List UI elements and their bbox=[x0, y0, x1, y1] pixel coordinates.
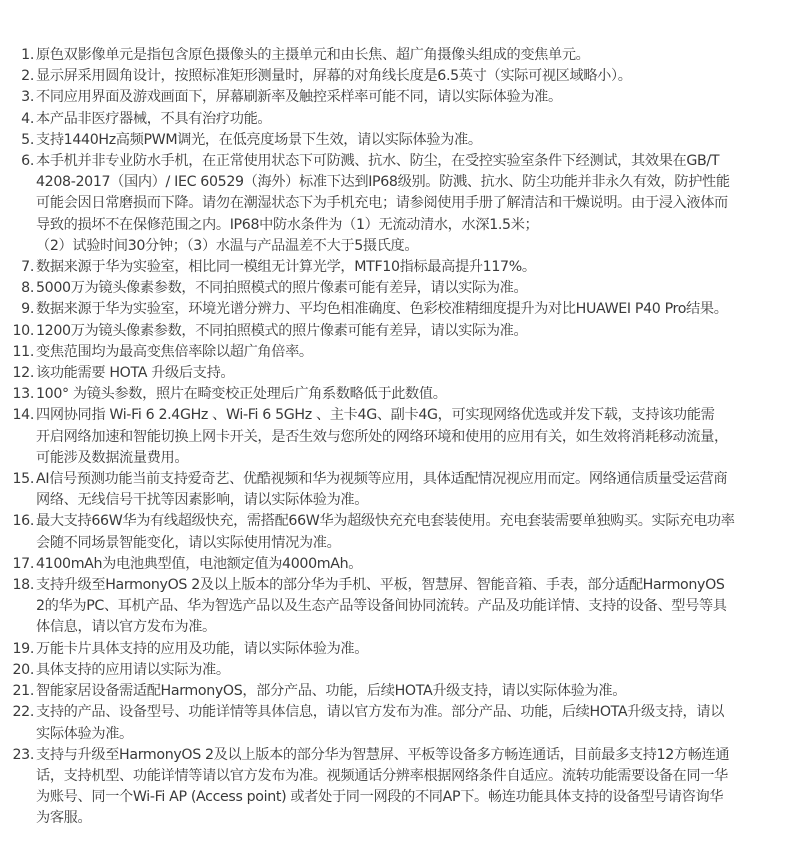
footnote-number: 8. bbox=[0, 278, 34, 299]
footnote-number: 22. bbox=[0, 702, 34, 723]
footnote-number: 21. bbox=[0, 681, 34, 702]
footnote-text-line: 四网协同指 Wi-Fi 6 2.4GHz 、Wi-Fi 6 5GHz 、主卡4G… bbox=[36, 405, 780, 426]
footnote-text-line: 可能会因日常磨损而下降。请勿在潮湿状态下为手机充电；请参阅使用手册了解清洁和干燥… bbox=[36, 193, 780, 214]
footnote-item: 23.支持与升级至HarmonyOS 2及以上版本的部分华为智慧屏、平板等设备多… bbox=[0, 745, 790, 830]
footnote-text-line: 4208-2017（国内）/ IEC 60529（海外）标准下达到IP68级别。… bbox=[36, 172, 780, 193]
footnote-text-line: 会随不同场景智能变化，请以实际使用情况为准。 bbox=[36, 533, 780, 554]
footnote-item: 8.5000万为镜头像素参数，不同拍照模式的照片像素可能有差异，请以实际为准。 bbox=[0, 278, 790, 299]
footnote-item: 21.智能家居设备需适配HarmonyOS，部分产品、功能，后续HOTA升级支持… bbox=[0, 681, 790, 702]
footnote-text-line: 支持1440Hz高频PWM调光，在低亮度场景下生效，请以实际体验为准。 bbox=[36, 130, 780, 151]
footnote-text-line: 不同应用界面及游戏画面下，屏幕刷新率及触控采样率可能不同，请以实际体验为准。 bbox=[36, 87, 780, 108]
footnote-number: 20. bbox=[0, 660, 34, 681]
footnote-text-line: 可能涉及数据流量费用。 bbox=[36, 448, 780, 469]
footnote-text-line: 数据来源于华为实验室，环境光谱分辨力、平均色相准确度、色彩校准精细度提升为对比H… bbox=[36, 299, 780, 320]
footnote-item: 20. 具体支持的应用请以实际为准。 bbox=[0, 660, 790, 681]
footnote-number: 6. bbox=[0, 151, 34, 172]
footnote-text-line: 原色双影像单元是指包含原色摄像头的主摄单元和由长焦、超广角摄像头组成的变焦单元。 bbox=[36, 45, 780, 66]
footnote-text-line: 话，支持机型、功能详情等请以官方发布为准。视频通话分辨率根据网络条件自适应。流转… bbox=[36, 766, 780, 787]
footnote-number: 7. bbox=[0, 257, 34, 278]
footnote-number: 15. bbox=[0, 469, 34, 490]
footnote-text-line: AI信号预测功能当前支持爱奇艺、优酷视频和华为视频等应用，具体适配情况视应用而定… bbox=[36, 469, 780, 490]
footnote-item: 15.AI信号预测功能当前支持爱奇艺、优酷视频和华为视频等应用，具体适配情况视应… bbox=[0, 469, 790, 511]
footnote-number: 4. bbox=[0, 109, 34, 130]
footnote-item: 19.万能卡片具体支持的应用及功能，请以实际体验为准。 bbox=[0, 639, 790, 660]
footnote-number: 10. bbox=[0, 321, 34, 342]
footnote-text-line: 导致的损坏不在保修范围之内。IP68中防水条件为（1）无流动清水，水深1.5米； bbox=[36, 215, 780, 236]
footnote-number: 13. bbox=[0, 384, 34, 405]
footnote-number: 3. bbox=[0, 87, 34, 108]
footnote-text-line: 智能家居设备需适配HarmonyOS，部分产品、功能，后续HOTA升级支持，请以… bbox=[36, 681, 780, 702]
footnote-item: 10.1200万为镜头像素参数，不同拍照模式的照片像素可能有差异，请以实际为准。 bbox=[0, 321, 790, 342]
footnote-item: 5. 支持1440Hz高频PWM调光，在低亮度场景下生效，请以实际体验为准。 bbox=[0, 130, 790, 151]
footnote-item: 11.变焦范围均为最高变焦倍率除以超广角倍率。 bbox=[0, 342, 790, 363]
footnote-item: 6. 本手机并非专业防水手机，在正常使用状态下可防溅、抗水、防尘，在受控实验室条… bbox=[0, 151, 790, 257]
footnote-item: 17.4100mAh为电池典型值，电池额定值为4000mAh。 bbox=[0, 554, 790, 575]
footnote-text-line: 2的华为PC、耳机产品、华为智选产品以及生态产品等设备间协同流转。产品及功能详情… bbox=[36, 596, 780, 617]
footnote-number: 5. bbox=[0, 130, 34, 151]
footnote-number: 12. bbox=[0, 363, 34, 384]
footnote-item: 2.显示屏采用圆角设计，按照标准矩形测量时，屏幕的对角线长度是6.5英寸（实际可… bbox=[0, 66, 790, 87]
footnote-text-line: 变焦范围均为最高变焦倍率除以超广角倍率。 bbox=[36, 342, 780, 363]
footnote-number: 11. bbox=[0, 342, 34, 363]
footnote-text-line: 网络、无线信号干扰等因素影响，请以实际体验为准。 bbox=[36, 490, 780, 511]
footnote-number: 2. bbox=[0, 66, 34, 87]
footnote-text-line: 5000万为镜头像素参数，不同拍照模式的照片像素可能有差异，请以实际为准。 bbox=[36, 278, 780, 299]
footnote-number: 23. bbox=[0, 745, 34, 766]
footnote-text-line: 实际体验为准。 bbox=[36, 724, 780, 745]
footnote-text-line: 支持升级至HarmonyOS 2及以上版本的部分华为手机、平板，智慧屏、智能音箱… bbox=[36, 575, 780, 596]
footnote-item: 12.该功能需要 HOTA 升级后支持。 bbox=[0, 363, 790, 384]
footnote-item: 7. 数据来源于华为实验室，相比同一模组无计算光学，MTF10指标最高提升117… bbox=[0, 257, 790, 278]
footnote-text-line: 具体支持的应用请以实际为准。 bbox=[36, 660, 780, 681]
footnote-text-line: 1200万为镜头像素参数，不同拍照模式的照片像素可能有差异，请以实际为准。 bbox=[36, 321, 780, 342]
footnote-text-line: 数据来源于华为实验室，相比同一模组无计算光学，MTF10指标最高提升117%。 bbox=[36, 257, 780, 278]
footnote-item: 1.原色双影像单元是指包含原色摄像头的主摄单元和由长焦、超广角摄像头组成的变焦单… bbox=[0, 45, 790, 66]
footnote-text-line: 本产品非医疗器械，不具有治疗功能。 bbox=[36, 109, 780, 130]
footnote-text-line: （2）试验时间30分钟；（3）水温与产品温差不大于5摄氏度。 bbox=[36, 236, 780, 257]
footnote-text-line: 支持与升级至HarmonyOS 2及以上版本的部分华为智慧屏、平板等设备多方畅连… bbox=[36, 745, 780, 766]
footnote-text-line: 该功能需要 HOTA 升级后支持。 bbox=[36, 363, 780, 384]
footnote-number: 17. bbox=[0, 554, 34, 575]
footnote-item: 3.不同应用界面及游戏画面下，屏幕刷新率及触控采样率可能不同，请以实际体验为准。 bbox=[0, 87, 790, 108]
footnote-text-line: 支持的产品、设备型号、功能详情等具体信息，请以官方发布为准。部分产品、功能，后续… bbox=[36, 702, 780, 723]
footnote-text-line: 为客服。 bbox=[36, 808, 780, 829]
footnote-text-line: 4100mAh为电池典型值，电池额定值为4000mAh。 bbox=[36, 554, 780, 575]
footnote-number: 9. bbox=[0, 299, 34, 320]
footnote-item: 9.数据来源于华为实验室，环境光谱分辨力、平均色相准确度、色彩校准精细度提升为对… bbox=[0, 299, 790, 320]
footnote-item: 18.支持升级至HarmonyOS 2及以上版本的部分华为手机、平板，智慧屏、智… bbox=[0, 575, 790, 639]
footnote-text-line: 体信息，请以官方发布为准。 bbox=[36, 617, 780, 638]
footnote-item: 4. 本产品非医疗器械，不具有治疗功能。 bbox=[0, 109, 790, 130]
footnote-number: 19. bbox=[0, 639, 34, 660]
footnote-text-line: 100° 为镜头参数，照片在畸变校正处理后广角系数略低于此数值。 bbox=[36, 384, 780, 405]
footnote-text-line: 显示屏采用圆角设计，按照标准矩形测量时，屏幕的对角线长度是6.5英寸（实际可视区… bbox=[36, 66, 780, 87]
footnote-text-line: 为账号、同一个Wi-Fi AP (Access point) 或者处于同一网段的… bbox=[36, 787, 780, 808]
footnote-item: 14.四网协同指 Wi-Fi 6 2.4GHz 、Wi-Fi 6 5GHz 、主… bbox=[0, 405, 790, 469]
footnote-text-line: 本手机并非专业防水手机，在正常使用状态下可防溅、抗水、防尘，在受控实验室条件下经… bbox=[36, 151, 780, 172]
footnote-number: 1. bbox=[0, 45, 34, 66]
footnote-text-line: 开启网络加速和智能切换上网卡开关，是否生效与您所处的网络环境和使用的应用有关，如… bbox=[36, 427, 780, 448]
footnote-number: 18. bbox=[0, 575, 34, 596]
footnote-text-line: 最大支持66W华为有线超级快充，需搭配66W华为超级快充充电套装使用。充电套装需… bbox=[36, 511, 780, 532]
footnote-item: 16.最大支持66W华为有线超级快充，需搭配66W华为超级快充充电套装使用。充电… bbox=[0, 511, 790, 553]
footnote-item: 13.100° 为镜头参数，照片在畸变校正处理后广角系数略低于此数值。 bbox=[0, 384, 790, 405]
footnote-list: 1.原色双影像单元是指包含原色摄像头的主摄单元和由长焦、超广角摄像头组成的变焦单… bbox=[0, 45, 790, 830]
footnote-number: 14. bbox=[0, 405, 34, 426]
footnote-item: 22.支持的产品、设备型号、功能详情等具体信息，请以官方发布为准。部分产品、功能… bbox=[0, 702, 790, 744]
footnote-number: 16. bbox=[0, 511, 34, 532]
footnote-text-line: 万能卡片具体支持的应用及功能，请以实际体验为准。 bbox=[36, 639, 780, 660]
